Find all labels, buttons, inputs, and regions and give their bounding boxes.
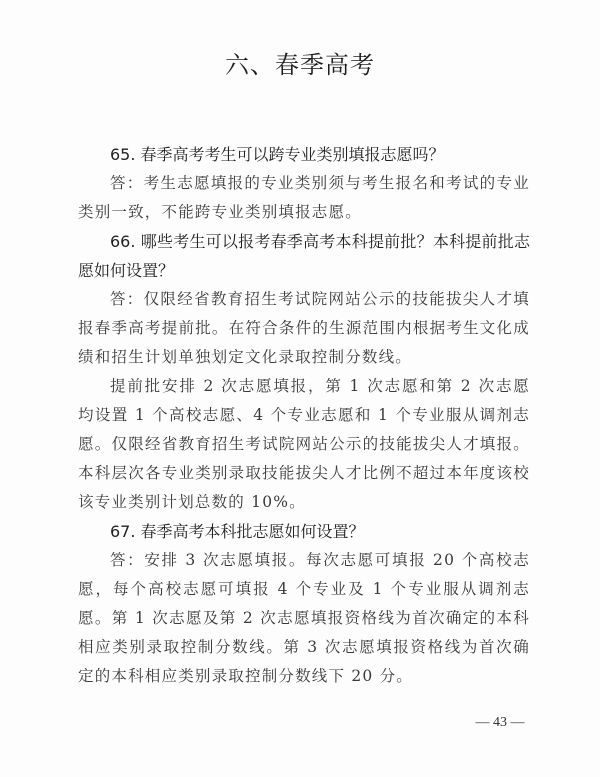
question-65: 65. 春季高考考生可以跨专业类别填报志愿吗？	[78, 140, 530, 169]
document-page: 六、春季高考 65. 春季高考考生可以跨专业类别填报志愿吗？ 答：考生志愿填报的…	[0, 0, 600, 777]
question-66: 66. 哪些考生可以报考春季高考本科提前批？本科提前批志愿如何设置？	[78, 227, 530, 285]
qa-item-65: 65. 春季高考考生可以跨专业类别填报志愿吗？ 答：考生志愿填报的专业类别须与考…	[78, 140, 530, 227]
qa-item-66: 66. 哪些考生可以报考春季高考本科提前批？本科提前批志愿如何设置？ 答：仅限经…	[78, 227, 530, 517]
page-number: — 43 —	[460, 715, 540, 731]
answer-66-paragraph-1: 答：仅限经省教育招生考试院网站公示的技能拔尖人才填报春季高考提前批。在符合条件的…	[78, 285, 530, 372]
qa-content: 65. 春季高考考生可以跨专业类别填报志愿吗？ 答：考生志愿填报的专业类别须与考…	[78, 140, 530, 691]
answer-66-paragraph-2: 提前批安排 2 次志愿填报，第 1 次志愿和第 2 次志愿均设置 1 个高校志愿…	[78, 372, 530, 517]
qa-item-67: 67. 春季高考本科批志愿如何设置？ 答：安排 3 次志愿填报。每次志愿可填报 …	[78, 517, 530, 691]
answer-65: 答：考生志愿填报的专业类别须与考生报名和考试的专业类别一致，不能跨专业类别填报志…	[78, 169, 530, 227]
section-title: 六、春季高考	[0, 45, 600, 80]
question-67: 67. 春季高考本科批志愿如何设置？	[78, 517, 530, 546]
answer-67: 答：安排 3 次志愿填报。每次志愿可填报 20 个高校志愿，每个高校志愿可填报 …	[78, 546, 530, 691]
